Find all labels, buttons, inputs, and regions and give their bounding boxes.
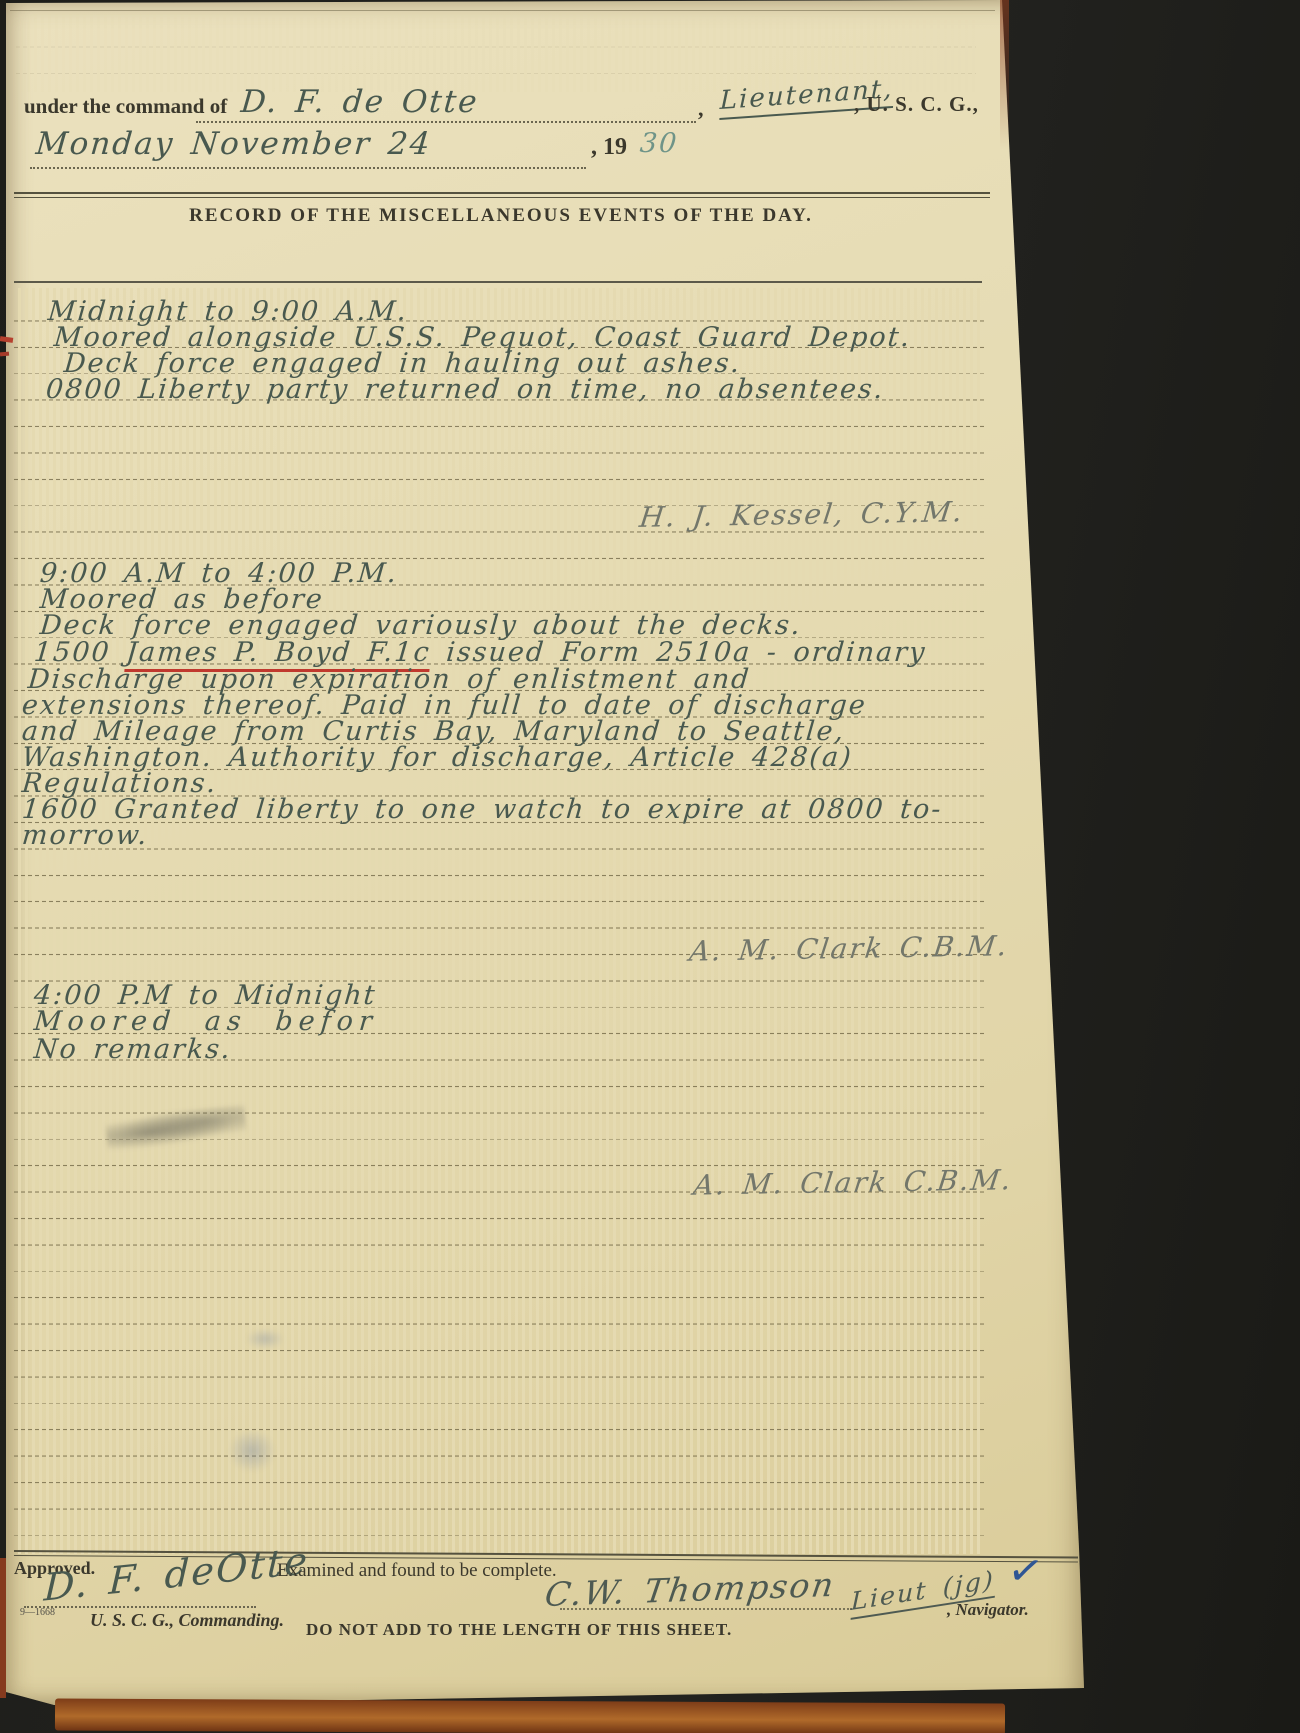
entries-top-rule — [14, 281, 982, 283]
approved-fill-line — [24, 1606, 256, 1608]
logbook-page: under the command of D. F. de Otte , Lie… — [6, 0, 1092, 1712]
navigator-fill-line — [560, 1608, 852, 1610]
year-printed: , 19 — [591, 134, 627, 161]
navigator-signature: C.W. Thompson — [542, 1565, 837, 1614]
checkmark: ✓ — [1004, 1543, 1047, 1597]
ruled-lines — [14, 288, 984, 1554]
command-label: under the command of — [24, 94, 227, 119]
service-label: , U. S. C. G., — [854, 92, 979, 117]
date-handwritten: Monday November 24 — [34, 126, 433, 162]
book-edge-red-strip — [0, 1558, 6, 1698]
ink-bleed-smudge — [226, 1428, 278, 1474]
red-edge-mark — [0, 336, 13, 343]
header-double-rule — [14, 192, 990, 198]
book-pages-bottom-edge — [55, 1699, 1005, 1733]
watch-signature: A. M. Clark C.B.M. — [688, 929, 1011, 968]
log-entry-line: No remarks. — [33, 1034, 233, 1065]
log-entry-line: 0800 Liberty party returned on time, no … — [45, 374, 886, 405]
form-number: 9—1668 — [20, 1607, 55, 1618]
comma-printed: , — [698, 96, 704, 122]
commanding-label: U. S. C. G., Commanding. — [90, 1610, 284, 1631]
photographed-logbook: { "colors": { "page": "#e6dcb4", "ink": … — [0, 0, 1300, 1733]
date-fill-line — [30, 167, 586, 169]
log-entry-line: Moored as befor — [33, 1006, 380, 1037]
length-warning-label: DO NOT ADD TO THE LENGTH OF THIS SHEET. — [306, 1620, 732, 1640]
book-edge-red-strip — [1000, 0, 1009, 150]
watch-signature: A. M. Clark C.B.M. — [692, 1163, 1015, 1202]
examined-label: Examined and found to be complete. — [277, 1560, 557, 1582]
navigator-label: , Navigator. — [947, 1600, 1029, 1620]
log-entry-line: morrow. — [21, 820, 150, 851]
year-handwritten: 30 — [639, 128, 680, 159]
commander-fill-line — [196, 121, 696, 123]
ink-bleed-smudge — [244, 1328, 286, 1350]
commander-name-handwritten: D. F. de Otte — [239, 84, 480, 120]
page-top-edge-line — [10, 10, 995, 11]
watch-signature: H. J. Kessel, C.Y.M. — [638, 495, 966, 534]
log-entry-line: 1600 Granted liberty to one watch to exp… — [21, 794, 944, 825]
red-edge-mark — [0, 352, 9, 357]
page-title: RECORD OF THE MISCELLANEOUS EVENTS OF TH… — [6, 205, 996, 227]
